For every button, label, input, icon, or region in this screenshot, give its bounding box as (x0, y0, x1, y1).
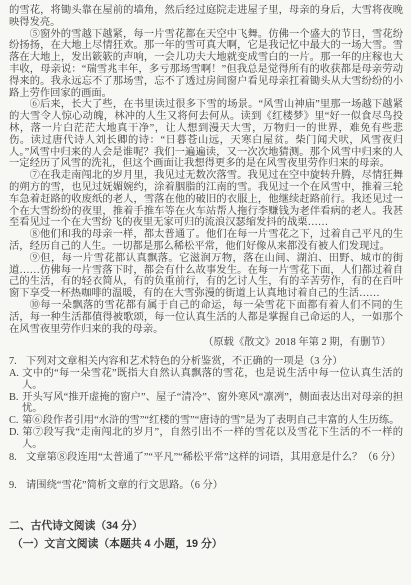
paragraph-text: 每一朵飘落的雪花都有属于自己的命运，每一朵雪花下面都有着人们不同的生活，每一种生… (9, 300, 403, 335)
option-text: 第⑦段写我“走南闯北的岁月”，自然引出不一样的雪花以及雪花下生活的不一样的人。 (22, 427, 403, 450)
section-heading-ancient-reading: 二、古代诗文阅读（34 分） (9, 517, 403, 535)
paragraph-text: 在我走南闯北的岁月里，我见过无数次落雪。我见过在空中旋转升腾，尽情狂舞的朔方的雪… (9, 170, 403, 228)
essay-paragraph-5: ⑤窗外的雪越下越紧，每一片雪花都在天空中飞舞。仿佛一个盛大的节日，雪花纷纷扬扬，… (9, 29, 403, 100)
subsection-heading-classical-prose: （一）文言文阅读（本题共 4 小题，19 分） (9, 535, 403, 553)
essay-paragraph-8: ⑧他们和我的母亲一样，都太普通了。他们在每一片雪花之下，过着自己平凡的生活，经历… (9, 229, 403, 253)
option-label: B. (9, 392, 22, 404)
paragraph-text: 窗外的雪越下越紧，每一片雪花都在天空中飞舞。仿佛一个盛大的节日，雪花纷纷扬扬，在… (9, 29, 403, 99)
paragraph-marker: ⑧ (30, 229, 40, 240)
question-stem: 请围绕“雪花”简析文章的行文思路。（6 分） (26, 480, 223, 491)
option-text: 开头写风“推开虚掩的窗户”、屋子“清冷”、窗外寒风“凛冽”，侧面表达出对母亲的担… (22, 392, 403, 415)
question-number: 9. (9, 480, 26, 492)
paragraph-marker: ⑩ (30, 300, 41, 311)
question-9: 9.请围绕“雪花”简析文章的行文思路。（6 分） (9, 480, 403, 492)
exam-page: 的雪花，将锄头靠在屋前的墙角，然后经过庭院走进屋子里，母亲的身后，大雪将夜晚映得… (0, 0, 411, 585)
source-attribution: （原载《散文》2018 年第 2 期，有删节） (9, 337, 403, 349)
option-c: C.第⑥段作者引用“水浒的雪”“红楼的雪”“唐诗的雪”是为了表明自己丰富的人生历… (9, 415, 403, 427)
paragraph-marker: ⑥ (30, 99, 40, 110)
paragraph-text: 但，每一片雪花都认真飘落。它滋润万物，落在山间、湖泊、田野、城市的街道……仿佛每… (9, 253, 403, 299)
paragraph-text: 他们和我的母亲一样，都太普通了。他们在每一片雪花之下，过着自己平凡的生活，经历自… (9, 229, 403, 252)
question-number: 7. (9, 356, 26, 368)
option-d: D.第⑦段写我“走南闯北的岁月”，自然引出不一样的雪花以及雪花下生活的不一样的人… (9, 427, 403, 451)
paragraph-marker: ⑦ (30, 170, 40, 181)
essay-paragraph-9: ⑨但，每一片雪花都认真飘落。它滋润万物，落在山间、湖泊、田野、城市的街道……仿佛… (9, 253, 403, 300)
option-label: C. (9, 415, 22, 427)
question-stem: 文章第⑧段连用“太普通了”“平凡”“稀松平常”这样的词语，其用意是什么？（6 分… (26, 452, 401, 463)
option-text: 第⑥段作者引用“水浒的雪”“红楼的雪”“唐诗的雪”是为了表明自己丰富的人生历练。 (22, 415, 400, 426)
question-number: 8. (9, 452, 26, 464)
question-stem: 下列对文章相关内容和艺术特色的分析鉴赏，不正确的一项是（3 分） (26, 356, 343, 367)
question-7: 7.下列对文章相关内容和艺术特色的分析鉴赏，不正确的一项是（3 分） A.文中的… (9, 356, 403, 450)
option-text: 文中的“每一朵雪花”既指大自然认真飘落的雪花，也是说生活中每一位认真生活的人。 (22, 368, 403, 391)
essay-paragraph-10: ⑩每一朵飘落的雪花都有属于自己的命运，每一朵雪花下面都有着人们不同的生活，每一种… (9, 300, 403, 335)
paragraph-marker: ⑨ (30, 253, 41, 264)
option-label: D. (9, 427, 22, 439)
paragraph-marker: ⑤ (30, 29, 40, 40)
option-label: A. (9, 368, 22, 380)
paragraph-text: 后来，长大了些，在书里读过很多下雪的场景。“风雪山神庙”里那一场越下越紧的大雪令… (9, 99, 403, 169)
essay-continuation: 的雪花，将锄头靠在屋前的墙角，然后经过庭院走进屋子里，母亲的身后，大雪将夜晚映得… (9, 5, 403, 29)
essay-paragraph-6: ⑥后来，长大了些，在书里读过很多下雪的场景。“风雪山神庙”里那一场越下越紧的大雪… (9, 99, 403, 170)
question-8: 8.文章第⑧段连用“太普通了”“平凡”“稀松平常”这样的词语，其用意是什么？（6… (9, 452, 403, 464)
option-a: A.文中的“每一朵雪花”既指大自然认真飘落的雪花，也是说生活中每一位认真生活的人… (9, 368, 403, 392)
answer-space (9, 492, 403, 517)
essay-paragraph-7: ⑦在我走南闯北的岁月里，我见过无数次落雪。我见过在空中旋转升腾，尽情狂舞的朔方的… (9, 170, 403, 229)
answer-space (9, 464, 403, 478)
option-b: B.开头写风“推开虚掩的窗户”、屋子“清冷”、窗外寒风“凛冽”，侧面表达出对母亲… (9, 392, 403, 416)
